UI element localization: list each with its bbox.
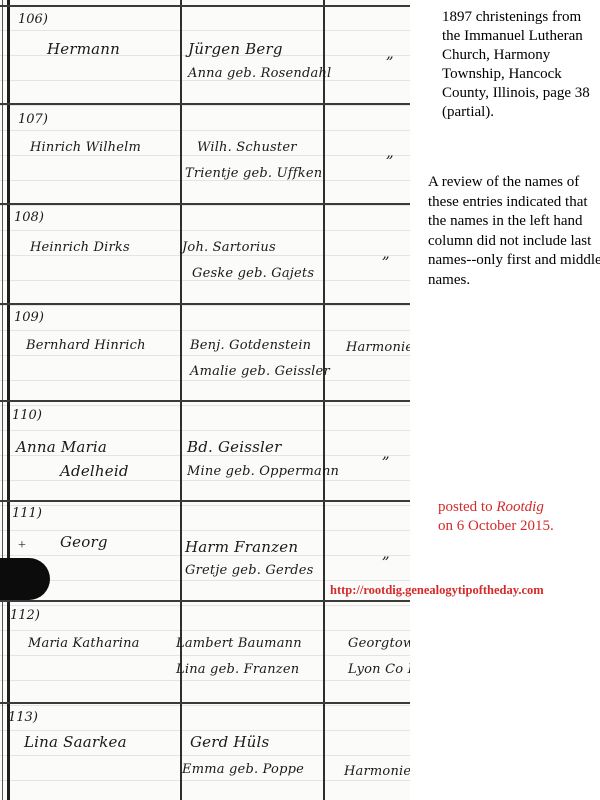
thumb-shadow [0, 558, 50, 600]
ledger-rule [0, 205, 410, 206]
place-ditto: „ [386, 143, 394, 161]
place-line2: Lyon Co Io [348, 662, 410, 677]
entry-number: 108) [14, 210, 44, 225]
child-name: Hermann [47, 40, 120, 58]
review-note: A review of the names of these entries i… [428, 173, 600, 290]
entry-number: 110) [12, 408, 42, 423]
site-name: Rootdig [496, 499, 544, 515]
row-divider [0, 500, 410, 502]
father-name: Benj. Gotdenstein [190, 338, 311, 353]
ledger-rule [0, 105, 410, 106]
ledger-rule [0, 355, 410, 356]
place-ditto: „ [382, 244, 390, 262]
ledger-rule [0, 505, 410, 506]
place: Harmonie [344, 764, 410, 779]
child-name: Lina Saarkea [24, 733, 127, 751]
ledger-rule [0, 230, 410, 231]
mother-name: Gretje geb. Gerdes [185, 563, 314, 578]
child-name-line2: Adelheid [60, 462, 129, 480]
row-divider [0, 5, 410, 7]
mother-name: Anna geb. Rosendahl [188, 66, 331, 81]
mother-name: Geske geb. Gajets [192, 266, 314, 281]
ledger-rule [0, 255, 410, 256]
row-divider [0, 203, 410, 205]
entry-number: 112) [10, 608, 40, 623]
mother-name: Emma geb. Poppe [182, 762, 304, 777]
ledger-rule [0, 130, 410, 131]
mother-name: Trientje geb. Uffken [185, 166, 322, 181]
ledger-rule [0, 630, 410, 631]
child-name: Anna Maria [16, 438, 107, 456]
child-name: Maria Katharina [28, 636, 140, 651]
ledger-rule [0, 405, 410, 406]
row-divider [0, 303, 410, 305]
ledger-rule [0, 480, 410, 481]
place-ditto: „ [382, 444, 390, 462]
row-divider [0, 103, 410, 105]
place: Georgtown [348, 636, 410, 651]
row-divider [0, 600, 410, 602]
ledger-rule [0, 755, 410, 756]
ledger-rule [0, 705, 410, 706]
father-name: Bd. Geissler [187, 438, 281, 456]
image-caption: 1897 christenings from the Immanuel Luth… [442, 8, 600, 122]
entry-number: 111) [12, 506, 42, 521]
father-name: Jürgen Berg [188, 40, 283, 58]
mother-name: Amalie geb. Geissler [190, 364, 330, 379]
entry-number: 106) [18, 12, 48, 27]
ledger-rule [0, 30, 410, 31]
entry-number: 113) [8, 710, 38, 725]
ledger-rule [0, 430, 410, 431]
ledger-rule [0, 680, 410, 681]
ledger-rule [0, 530, 410, 531]
father-name: Gerd Hüls [190, 733, 269, 751]
place: Harmonie [346, 340, 410, 355]
posted-note: posted to Rootdig on 6 October 2015. [438, 498, 598, 536]
child-name: Hinrich Wilhelm [30, 140, 141, 155]
row-divider [0, 702, 410, 704]
ledger-rule [0, 305, 410, 306]
ledger-rule [0, 580, 410, 581]
ledger-rule [0, 780, 410, 781]
father-name: Joh. Sartorius [182, 240, 276, 255]
posted-date: on 6 October 2015. [438, 518, 554, 534]
father-name: Wilh. Schuster [197, 140, 297, 155]
ledger-rule [0, 155, 410, 156]
ledger-rule [0, 655, 410, 656]
site-url-link[interactable]: http://rootdig.genealogytipoftheday.com [330, 583, 544, 598]
child-name: Heinrich Dirks [30, 240, 130, 255]
row-divider [0, 400, 410, 402]
mother-name: Lina geb. Franzen [176, 662, 299, 677]
register-scan: 106) Hermann Jürgen Berg Anna geb. Rosen… [0, 0, 410, 800]
place-ditto: „ [382, 544, 390, 562]
ledger-rule [0, 330, 410, 331]
ledger-rule [0, 730, 410, 731]
place-ditto: „ [386, 44, 394, 62]
entry-number: 109) [14, 310, 44, 325]
mother-name: Mine geb. Oppermann [187, 464, 339, 479]
father-name: Harm Franzen [185, 538, 298, 556]
ledger-rule [0, 380, 410, 381]
posted-prefix: posted to [438, 499, 496, 515]
ledger-rule [0, 605, 410, 606]
father-name: Lambert Baumann [176, 636, 302, 651]
child-name: Bernhard Hinrich [26, 338, 146, 353]
entry-number: 107) [18, 112, 48, 127]
child-name: Georg [60, 533, 108, 551]
cross-mark: + [18, 538, 26, 554]
